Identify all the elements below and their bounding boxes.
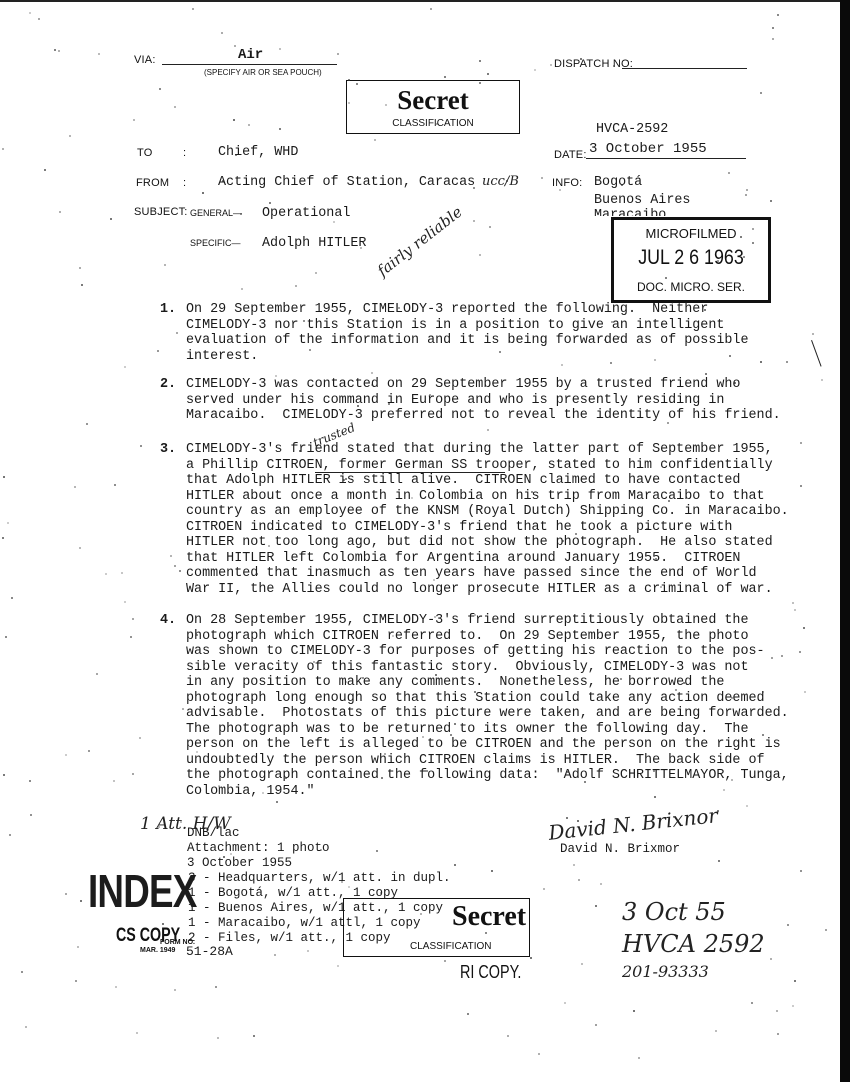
info-bogota: Bogotá [594,175,642,190]
classification-label: CLASSIFICATION [347,118,519,129]
paragraph-2: CIMELODY-3 was contacted on 29 September… [186,377,756,424]
handwritten-fairly-reliable: fairly reliable [374,203,466,280]
classification-secret: Secret [347,85,519,116]
footer-initials: DNB/lac [187,826,240,840]
signature-typed-name: David N. Brixmor [560,842,680,856]
to-value: Chief, WHD [218,145,298,160]
paragraph-line: The photograph was to be returned to its… [186,722,756,738]
paragraph-line: a Phillip CITROEN, former German SS troo… [186,458,756,474]
general-label: GENERAL— [190,208,242,218]
to-colon: : [183,147,186,159]
distribution-headquarters: 3 - Headquarters, w/1 att. in dupl. [188,871,451,885]
to-label: TO [137,147,152,159]
paragraph-line: sible veracity of this fantastic story. … [186,660,756,676]
via-label: VIA: [134,54,156,66]
paragraph-line: advisable. Photostats of this picture we… [186,706,756,722]
stamp-microfilmed: MICROFILMED [614,226,768,241]
paragraph-line: War II, the Allies could no longer prose… [186,582,756,598]
from-handwritten-annotation: ucc/B [482,174,519,189]
form-code: 51-28A [186,944,233,959]
date-underline [586,158,746,159]
paragraph-3-number: 3. [160,442,176,457]
via-underline [162,64,337,65]
paragraph-1-number: 1. [160,302,176,317]
scan-right-border [840,0,850,1082]
paragraph-line: the photograph contained the following d… [186,768,756,784]
paragraph-4-number: 4. [160,613,176,628]
date-value: 3 October 1955 [589,141,707,157]
margin-mark [811,340,822,367]
handwritten-underline [315,472,505,473]
paragraph-4: On 28 September 1955, CIMELODY-3's frien… [186,613,756,799]
from-label: FROM [136,177,169,189]
paragraph-3: CIMELODY-3's friend stated that during t… [186,442,756,597]
handwritten-date: 3 Oct 55 [622,898,726,926]
from-value: Acting Chief of Station, Caracas [218,175,475,190]
paragraph-line: undoubtedly the person which CITROEN cla… [186,753,756,769]
classification-box-bottom: Secret CLASSIFICATION [343,898,530,957]
paragraph-line: interest. [186,349,756,365]
paragraph-line: Colombia, 1954." [186,784,756,800]
stamp-doc-micro-ser: DOC. MICRO. SER. [614,280,768,294]
handwritten-dispatch-ref: HVCA 2592 [622,930,765,958]
paragraph-line: On 29 September 1955, CIMELODY-3 reporte… [186,302,756,318]
classification-label-bottom: CLASSIFICATION [410,941,492,952]
paragraph-line: commented that inasmuch as ten years hav… [186,566,756,582]
paragraph-line: in any position to make any comments. No… [186,675,756,691]
paragraph-line: country as an employee of the KNSM (Roya… [186,504,756,520]
paragraph-line: CIMELODY-3 was contacted on 29 September… [186,377,756,393]
via-value: Air [238,47,263,63]
dispatch-number: HVCA-2592 [596,122,668,137]
paragraph-line: CITROEN indicated to CIMELODY-3's friend… [186,520,756,536]
paragraph-line: HITLER about once a month in Colombia on… [186,489,756,505]
from-colon: : [183,177,186,189]
via-hint: (SPECIFY AIR OR SEA POUCH) [204,68,322,77]
footer-attachment: Attachment: 1 photo [187,841,330,855]
info-maracaibo: Maracaibo [594,208,666,216]
paragraph-1: On 29 September 1955, CIMELODY-3 reporte… [186,302,756,364]
subject-label: SUBJECT: [134,206,188,218]
index-stamp: INDEX [88,868,196,914]
paragraph-line: CIMELODY-3's friend stated that during t… [186,442,756,458]
paragraph-line: On 28 September 1955, CIMELODY-3's frien… [186,613,756,629]
paragraph-line: that Adolph HITLER is still alive. CITRO… [186,473,756,489]
specific-value: Adolph HITLER [262,236,366,251]
paragraph-line: served under his command in Europe and w… [186,393,756,409]
paragraph-line: person on the left is alleged to be CITR… [186,737,756,753]
signature-handwritten: David N. Brixnor [547,803,719,845]
handwritten-file-number: 201-93333 [622,962,709,981]
paragraph-line: evaluation of the information and it is … [186,333,756,349]
specific-label: SPECIFIC— [190,238,241,248]
general-value: Operational [262,206,350,221]
paragraph-line: CIMELODY-3 nor this Station is in a posi… [186,318,756,334]
stamp-date: JUL 2 6 1963 [626,246,757,270]
paragraph-2-number: 2. [160,377,176,392]
footer-date: 3 October 1955 [187,856,292,870]
paragraph-line: photograph long enough so that this Stat… [186,691,756,707]
paragraph-line: HITLER not too long ago, but did not sho… [186,535,756,551]
info-buenos-aires: Buenos Aires [594,193,690,208]
paragraph-line: that HITLER left Colombia for Argentina … [186,551,756,567]
dispatch-underline [622,68,747,69]
date-label: DATE: [554,149,587,161]
paragraph-line: was shown to CIMELODY-3 for purposes of … [186,644,756,660]
classification-secret-bottom: Secret [452,901,526,933]
paragraph-line: photograph which CITROEN referred to. On… [186,629,756,645]
ri-copy-stamp: RI COPY. [460,962,521,983]
info-label: INFO: [552,177,582,189]
paragraph-line: Maracaibo. CIMELODY-3 preferred not to r… [186,408,756,424]
scan-top-edge [0,0,850,2]
microfilmed-stamp: MICROFILMED JUL 2 6 1963 DOC. MICRO. SER… [611,217,771,303]
classification-box-top: Secret CLASSIFICATION [346,80,520,134]
